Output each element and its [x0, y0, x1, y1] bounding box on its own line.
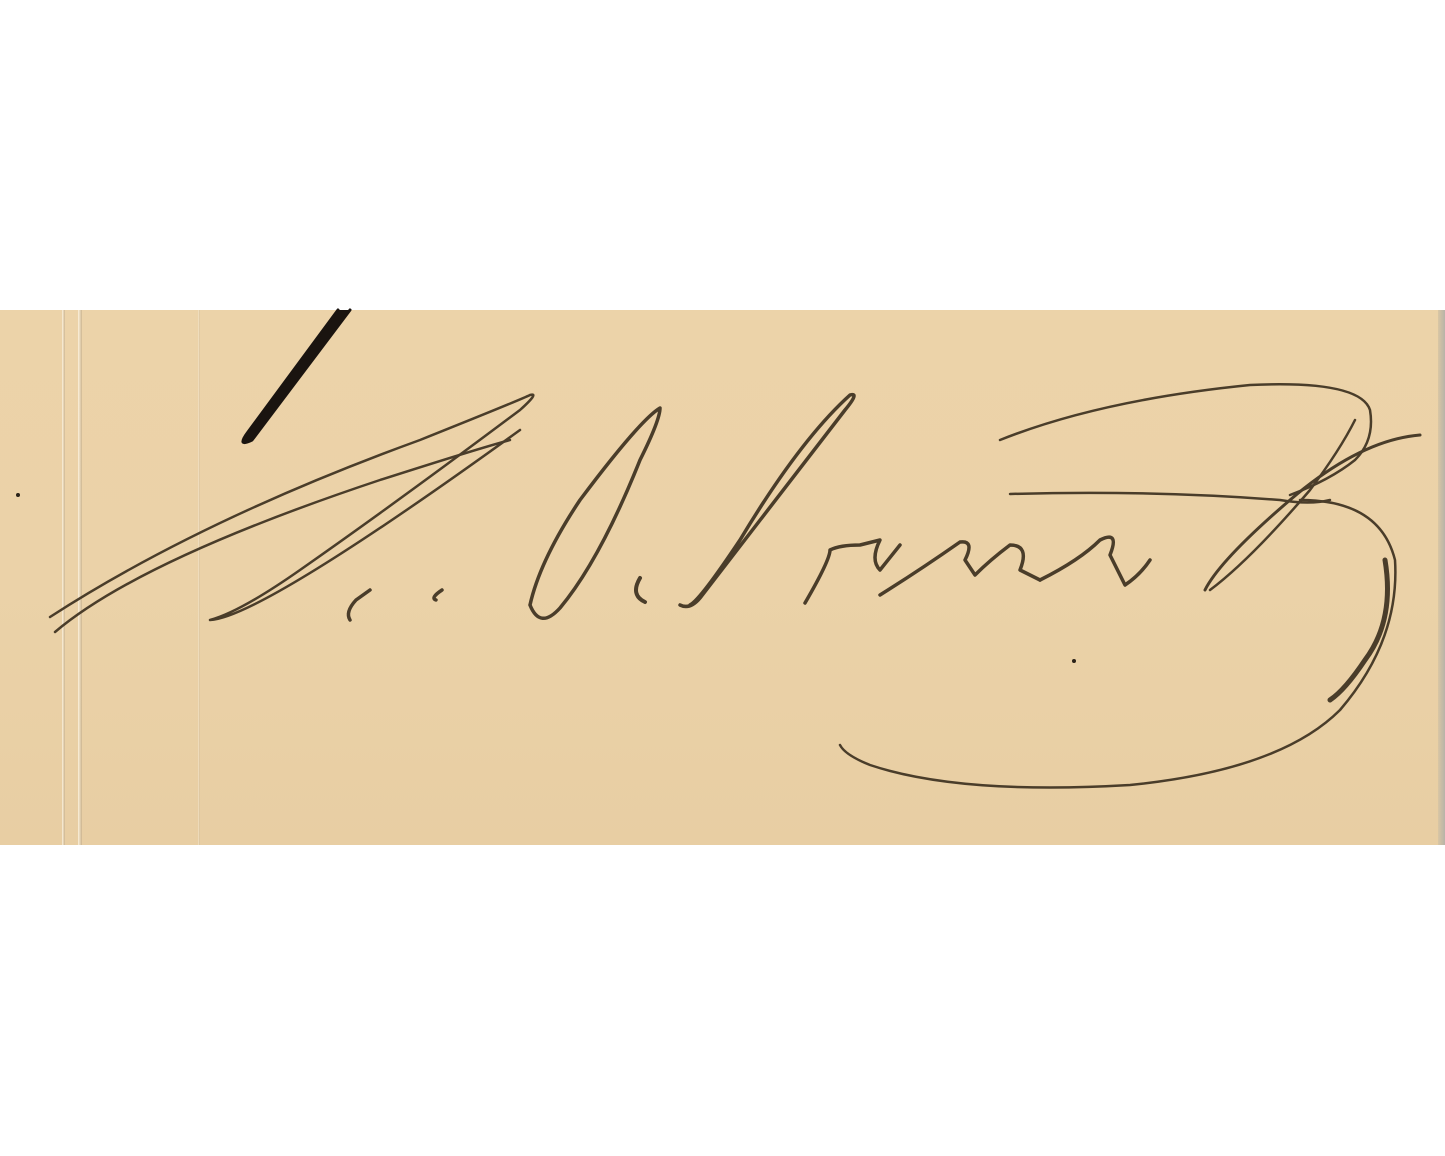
stroke-bottom-loop-heavy — [1330, 560, 1388, 700]
stroke-g — [680, 395, 854, 607]
stroke-letter — [434, 590, 442, 600]
stroke-r — [805, 540, 900, 603]
stroke-bottom-loop — [840, 500, 1395, 788]
stroke-s — [530, 408, 660, 618]
signature-drawing — [0, 0, 1445, 1156]
ink-dot — [16, 493, 20, 497]
stroke-n — [1040, 537, 1150, 585]
stroke-crossbar — [1010, 493, 1330, 503]
stroke-dot — [636, 578, 645, 602]
heavy-stroke — [243, 310, 350, 443]
ink-dot — [1072, 659, 1076, 663]
stroke-letter — [348, 590, 370, 620]
stroke-a — [880, 542, 1040, 595]
